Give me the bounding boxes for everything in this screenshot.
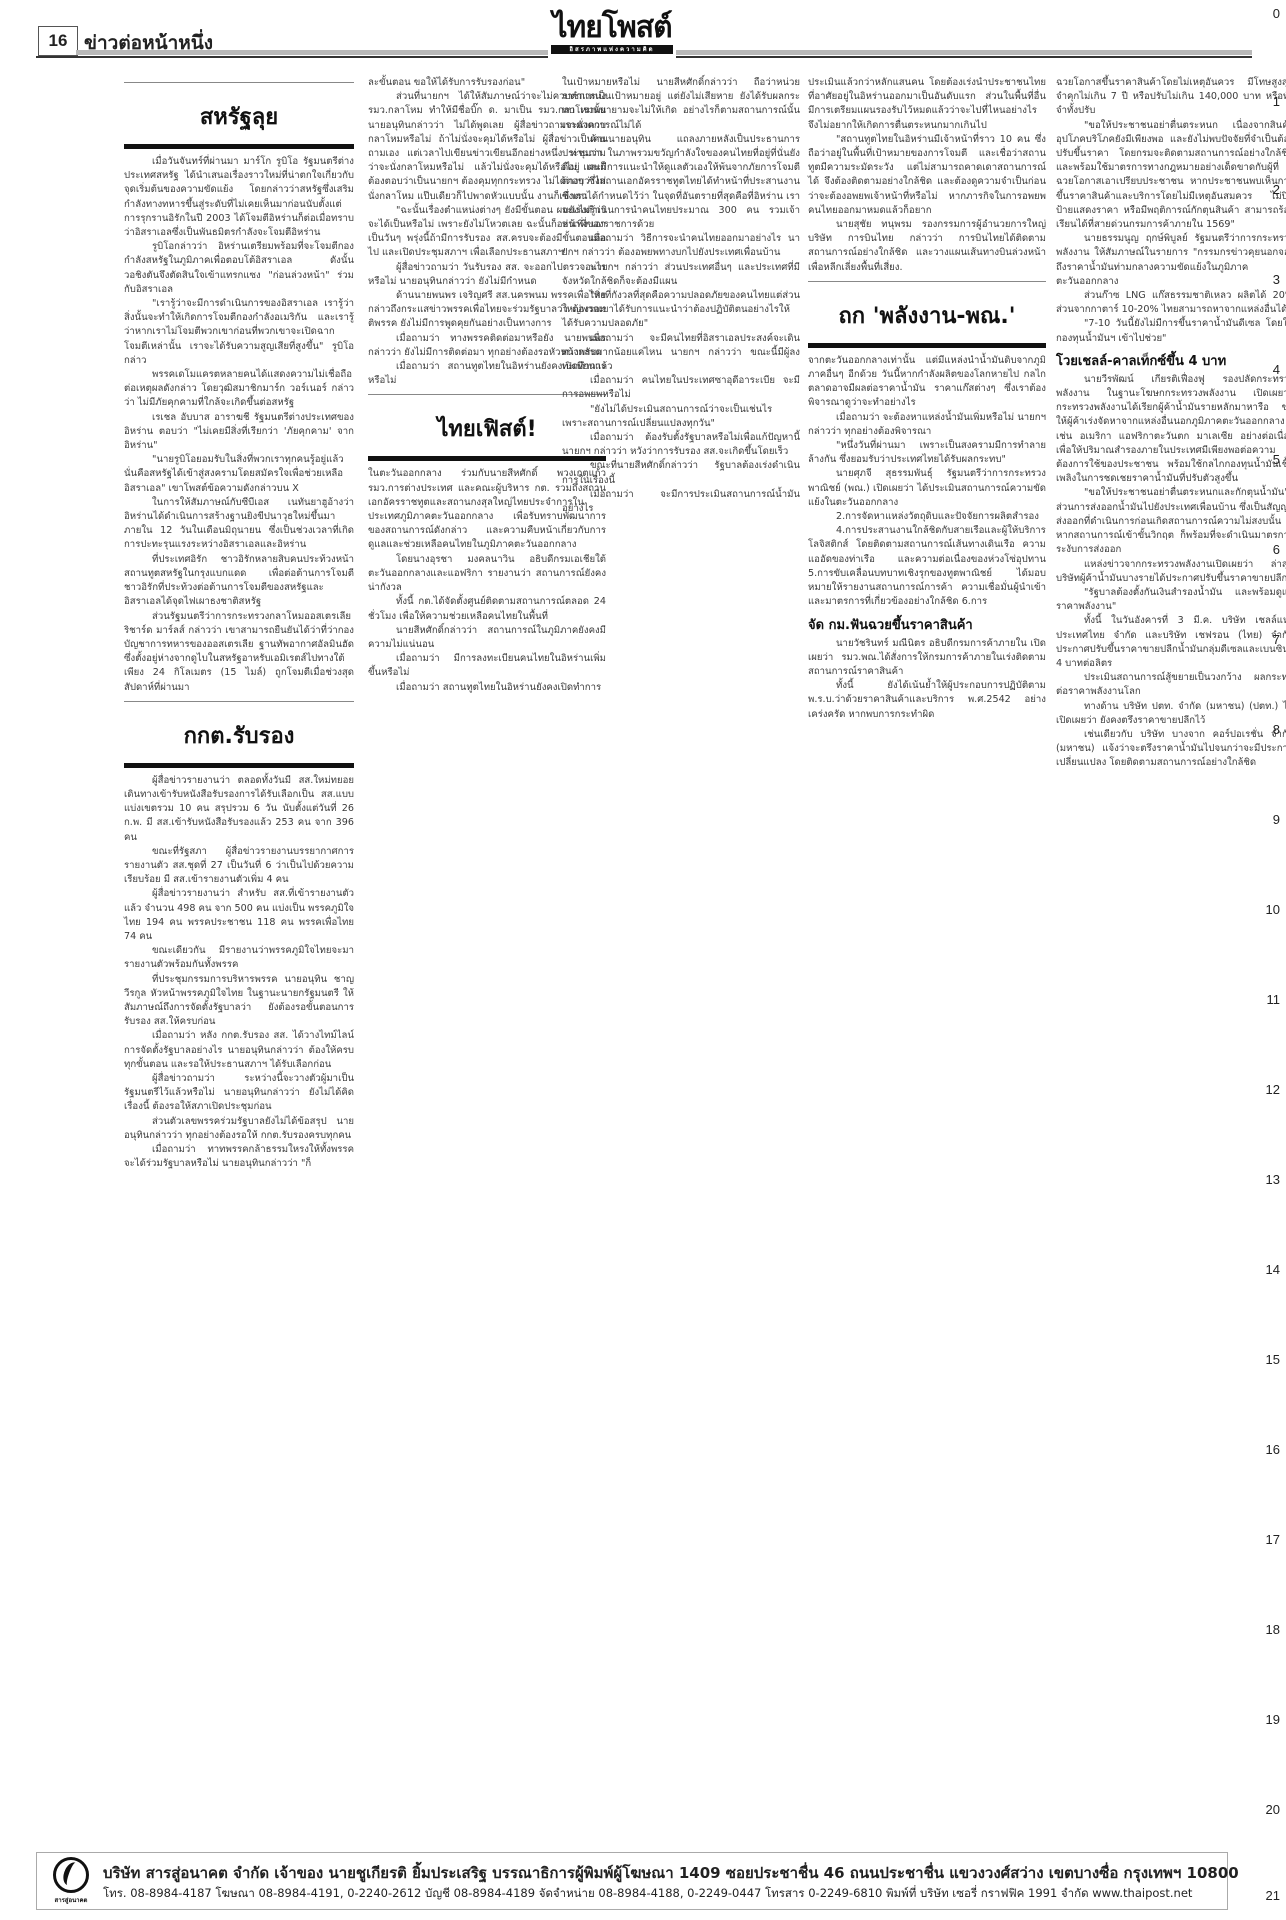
column-1: สหรัฐลุย เมื่อวันจันทร์ที่ผ่านมา มาร์โก … bbox=[124, 76, 354, 1171]
ruler-number: 0 bbox=[1273, 6, 1280, 21]
page-header: 16 ข่าวต่อหน้าหนึ่ง ไทยโพสต์ อิสรภาพแห่ง… bbox=[36, 0, 1252, 66]
article-paragraph: ผู้สื่อข่าวรายงานว่า ตลอดทั้งวันมี สส.ให… bbox=[124, 774, 354, 845]
article-paragraph: ประเมินสถานการณ์สู้ขยายเป็นวงกว้าง ผลกระ… bbox=[1056, 671, 1286, 699]
section-top-rule bbox=[808, 281, 1046, 282]
ruler-number: 4 bbox=[1273, 362, 1280, 377]
article-paragraph: ส่วนก๊าซ LNG แก๊สธรรมชาติเหลว ผลิตได้ 20… bbox=[1056, 289, 1286, 317]
article-paragraph: ฉวยโอกาสขึ้นราคาสินค้าโดยไม่เหตุอันควร ม… bbox=[1056, 76, 1286, 119]
article-paragraph: เมื่อถามว่า ต้องรับตั้งรัฐบาลหรือไม่เพื่… bbox=[562, 431, 800, 459]
article-paragraph: ผู้สื่อข่าวรายงานว่า สำหรับ สส.ที่เข้ารา… bbox=[124, 887, 354, 944]
article-paragraph: ที่ประชุมกรรมการบริหารพรรค นายอนุทิน ชาญ… bbox=[124, 973, 354, 1030]
ruler-number: 12 bbox=[1266, 1082, 1280, 1097]
article-paragraph: เมื่อถามว่า คนไทยในประเทศซาอุดีอาระเบีย … bbox=[562, 374, 800, 402]
article-paragraph: นายกฯ กล่าวว่า ส่วนประเทศอื่นๆ และประเทศ… bbox=[562, 261, 800, 289]
ruler-number: 2 bbox=[1273, 182, 1280, 197]
article-paragraph: เมื่อถามว่า จะต้องหาแหล่งน้ำมันเพิ่มหรือ… bbox=[808, 411, 1046, 439]
ruler-number: 6 bbox=[1273, 542, 1280, 557]
column-4: ประเมินแล้วกว่าหลักแสนคน โดยต้องเร่งนำปร… bbox=[808, 76, 1046, 722]
article-paragraph: "เรารู้ว่าจะมีการดำเนินการของอิสราเอล เร… bbox=[124, 297, 354, 368]
article-paragraph: ด้านนายอนุทิน แถลงภายหลังเป็นประธานการปร… bbox=[562, 133, 800, 232]
section-rule bbox=[124, 763, 354, 768]
ruler-number: 19 bbox=[1266, 1712, 1280, 1727]
column-5: ฉวยโอกาสขึ้นราคาสินค้าโดยไม่เหตุอันควร ม… bbox=[1056, 76, 1286, 771]
article-paragraph: แหล่งข่าวจากกระทรวงพลังงานเปิดเผยว่า ล่า… bbox=[1056, 558, 1286, 586]
masthead-logo: ไทยโพสต์ อิสรภาพแห่งความคิด bbox=[548, 12, 676, 58]
article-paragraph: ประเมินแล้วกว่าหลักแสนคน โดยต้องเร่งนำปร… bbox=[808, 76, 1046, 133]
article-paragraph: เช่นเดียวกับ บริษัท บางจาก คอร์ปอเรชั่น … bbox=[1056, 728, 1286, 771]
article-paragraph: ขณะที่รัฐสภา ผู้สื่อข่าวรายงานบรรยากาศกา… bbox=[124, 845, 354, 888]
article-paragraph: "หนึ่งวันที่ผ่านมา เพราะเป็นสงครามมีการท… bbox=[808, 439, 1046, 467]
ruler-number: 10 bbox=[1266, 902, 1280, 917]
section-top-rule bbox=[124, 701, 354, 702]
article-paragraph: 4.การประสานงานใกล้ชิดกับสายเรือและผู้ให้… bbox=[808, 524, 1046, 609]
margin-ruler: 0 1 2 3 4 5 6 7 8 9 10 11 12 13 14 15 16… bbox=[1260, 0, 1280, 1920]
ruler-number: 21 bbox=[1266, 1888, 1280, 1903]
article-paragraph: ทางด้าน บริษัท ปตท. จำกัด (มหาชน) (ปตท.)… bbox=[1056, 700, 1286, 728]
article-paragraph: "ยังไม่ได้ประเมินสถานการณ์ว่าจะเป็นเช่นไ… bbox=[562, 403, 800, 431]
subhead-shell-caltex: โวยเชลล์-คาลเท็กซ์ขึ้น 4 บาท bbox=[1056, 350, 1286, 371]
publisher-logo-icon bbox=[53, 1857, 89, 1893]
article-paragraph: ขณะเดียวกัน มีรายงานว่าพรรคภูมิใจไทยจะมา… bbox=[124, 944, 354, 972]
article-paragraph: นายศุภจี สุธรรมพันธุ์ รัฐมนตรีว่าการกระท… bbox=[808, 467, 1046, 510]
ruler-number: 15 bbox=[1266, 1352, 1280, 1367]
article-paragraph: รูบิโอกล่าวว่า อิหร่านเตรียมพร้อมที่จะโจ… bbox=[124, 240, 354, 297]
subhead-price-law: จัด กม.ฟันฉวยขึ้นราคาสินค้า bbox=[808, 614, 1046, 635]
newspaper-page: 16 ข่าวต่อหน้าหนึ่ง ไทยโพสต์ อิสรภาพแห่ง… bbox=[36, 0, 1252, 1920]
section-title-ect: กกต.รับรอง bbox=[124, 718, 354, 753]
publisher-contacts: โทร. 08-8984-4187 โฆษณา 08-8984-4191, 0-… bbox=[103, 1885, 1192, 1903]
ruler-number: 1 bbox=[1273, 94, 1280, 109]
section-top-rule bbox=[124, 82, 354, 83]
article-paragraph: เมื่อถามว่า วิธีการจะนำคนไทยออกมาอย่างไร… bbox=[562, 232, 800, 260]
article-paragraph: นายธรรมนูญ ฤกษ์พิบูลย์ รัฐมนตรีว่าการกระ… bbox=[1056, 232, 1286, 289]
article-paragraph: ขณะที่นายสีหศักดิ์กล่าวว่า รัฐบาลต้องเร่… bbox=[562, 459, 800, 487]
article-paragraph: นายสุชัย ทนุพรม รองกรรมการผู้อำนวยการใหญ… bbox=[808, 218, 1046, 275]
article-paragraph: ทั้งนี้ กต.ได้จัดตั้งศูนย์ติดตามสถานการณ… bbox=[368, 595, 606, 623]
article-paragraph: เมื่อถามว่า หลัง กกต.รับรอง สส. ได้วางไท… bbox=[124, 1029, 354, 1072]
article-paragraph: เมื่อถามว่า ทาทพรรคกล้าธรรมใหรงให้ทั้งพร… bbox=[124, 1143, 354, 1171]
article-paragraph: เมื่อถามว่า มีการลงทะเบียนคนไทยในอิหร่าน… bbox=[368, 652, 606, 680]
article-paragraph: นายสีหศักดิ์กล่าวว่า สถานการณ์ในภูมิภาคย… bbox=[368, 624, 606, 652]
ruler-number: 5 bbox=[1273, 452, 1280, 467]
ruler-number: 13 bbox=[1266, 1172, 1280, 1187]
article-paragraph: "รัฐบาลต้องตั้งกันเงินสำรองน้ำมัน และพร้… bbox=[1056, 586, 1286, 614]
ruler-number: 9 bbox=[1273, 812, 1280, 827]
publisher-footer: สารสู่อนาคต บริษัท สารสู่อนาคต จำกัด เจ้… bbox=[36, 1852, 1228, 1910]
article-paragraph: "7-10 วันนี้ยังไม่มีการขึ้นราคาน้ำมันดีเ… bbox=[1056, 317, 1286, 345]
page-number: 16 bbox=[38, 26, 78, 56]
section-rule bbox=[124, 144, 354, 149]
article-paragraph: ทั้งนี้ ยังได้เน้นย้ำให้ผู้ประกอบการปฏิบ… bbox=[808, 679, 1046, 722]
ruler-number: 18 bbox=[1266, 1622, 1280, 1637]
article-paragraph: จากตะวันออกกลางเท่านั้น แต่มีแหล่งนำน้ำม… bbox=[808, 354, 1046, 411]
article-paragraph: โดยนางอุรชา มงคลนาวิน อธิบดีกรมเอเชียใต้… bbox=[368, 553, 606, 596]
article-paragraph: ในการให้สัมภาษณ์กับซีบีเอส เนทันยาฮูอ้าง… bbox=[124, 496, 354, 553]
article-paragraph: ส่วนรัฐมนตรีว่าการกระทรวงกลาโหมออสเตรเลี… bbox=[124, 610, 354, 695]
publisher-logo: สารสู่อนาคต bbox=[51, 1857, 91, 1905]
article-paragraph: ในเป้าหมายหรือไม่ นายสีหศักดิ์กล่าวว่า ถ… bbox=[562, 76, 800, 133]
article-paragraph: เมื่อถามว่า จะมีคนไทยที่อิสราเอลประสงค์จ… bbox=[562, 332, 800, 375]
article-paragraph: เมื่อวันจันทร์ที่ผ่านมา มาร์โก รูบิโอ รั… bbox=[124, 155, 354, 240]
section-title-energy-commerce: ถก 'พลังงาน-พณ.' bbox=[808, 298, 1046, 333]
article-paragraph: ทั้งนี้ ในวันอังคารที่ 3 มี.ค. บริษัท เช… bbox=[1056, 614, 1286, 671]
article-paragraph: "ขอให้ประชาชนอย่าตื่นตระหนกและกักตุนน้ำม… bbox=[1056, 486, 1286, 557]
article-paragraph: พรรคเดโมแครตหลายคนได้แสดงความไม่เชื่อถือ… bbox=[124, 368, 354, 411]
article-paragraph: 2.การจัดหาแหล่งวัตถุดิบและปัจจัยการผลิตส… bbox=[808, 510, 1046, 524]
article-paragraph: "สถานทูตไทยในอิหร่านมีเจ้าหน้าที่ราว 10 … bbox=[808, 133, 1046, 218]
article-paragraph: เมื่อถามว่า สถานทูตไทยในอิหร่านยังคงเปิด… bbox=[368, 681, 606, 695]
ruler-number: 7 bbox=[1273, 632, 1280, 647]
publisher-info: บริษัท สารสู่อนาคต จำกัด เจ้าของ นายชูเก… bbox=[103, 1861, 1239, 1885]
masthead-tagline: อิสรภาพแห่งความคิด bbox=[551, 45, 673, 54]
article-paragraph: นายวัชรินทร์ มณีนิตร อธิบดีกรมการค้าภายใ… bbox=[808, 637, 1046, 680]
ruler-number: 16 bbox=[1266, 1442, 1280, 1457]
article-paragraph: เมื่อถามว่า จะมีการประเมินสถานการณ์น้ำมั… bbox=[562, 488, 800, 516]
article-paragraph: "นายรูบิโอยอมรับในสิ่งที่พวกเราทุกคนรู้อ… bbox=[124, 453, 354, 496]
ruler-number: 8 bbox=[1273, 722, 1280, 737]
masthead-name: ไทยโพสต์ bbox=[548, 12, 676, 44]
article-paragraph: ผู้สื่อข่าวถามว่า ระหว่างนี้จะวางตัวผู้ม… bbox=[124, 1072, 354, 1115]
ruler-number: 14 bbox=[1266, 1262, 1280, 1277]
ruler-number: 20 bbox=[1266, 1802, 1280, 1817]
article-paragraph: นายวีรพัฒน์ เกียรติเฟื่องฟู รองปลัดกระทร… bbox=[1056, 373, 1286, 487]
article-paragraph: ส่วนตัวเลขพรรคร่วมรัฐบาลยังไม่ได้ข้อสรุป… bbox=[124, 1115, 354, 1143]
article-paragraph: "ขอให้ประชาชนอย่าตื่นตระหนก เนื่องจากสิน… bbox=[1056, 119, 1286, 233]
ruler-number: 3 bbox=[1273, 272, 1280, 287]
publisher-logo-label: สารสู่อนาคต bbox=[51, 1895, 91, 1905]
column-3: ในเป้าหมายหรือไม่ นายสีหศักดิ์กล่าวว่า ถ… bbox=[562, 76, 800, 516]
article-paragraph: ที่ประเทศอิรัก ชาวอิรักหลายสิบคนประท้วงห… bbox=[124, 553, 354, 610]
section-title-us: สหรัฐลุย bbox=[124, 99, 354, 134]
article-paragraph: "สิ่งที่กังวลที่สุดคือความปลอดภัยของคนไท… bbox=[562, 289, 800, 332]
section-rule bbox=[808, 343, 1046, 348]
article-paragraph: เรเชล อับบาส อาราฆชี รัฐมนตรีต่างประเทศข… bbox=[124, 411, 354, 454]
ruler-number: 17 bbox=[1266, 1532, 1280, 1547]
ruler-number: 11 bbox=[1267, 992, 1281, 1007]
